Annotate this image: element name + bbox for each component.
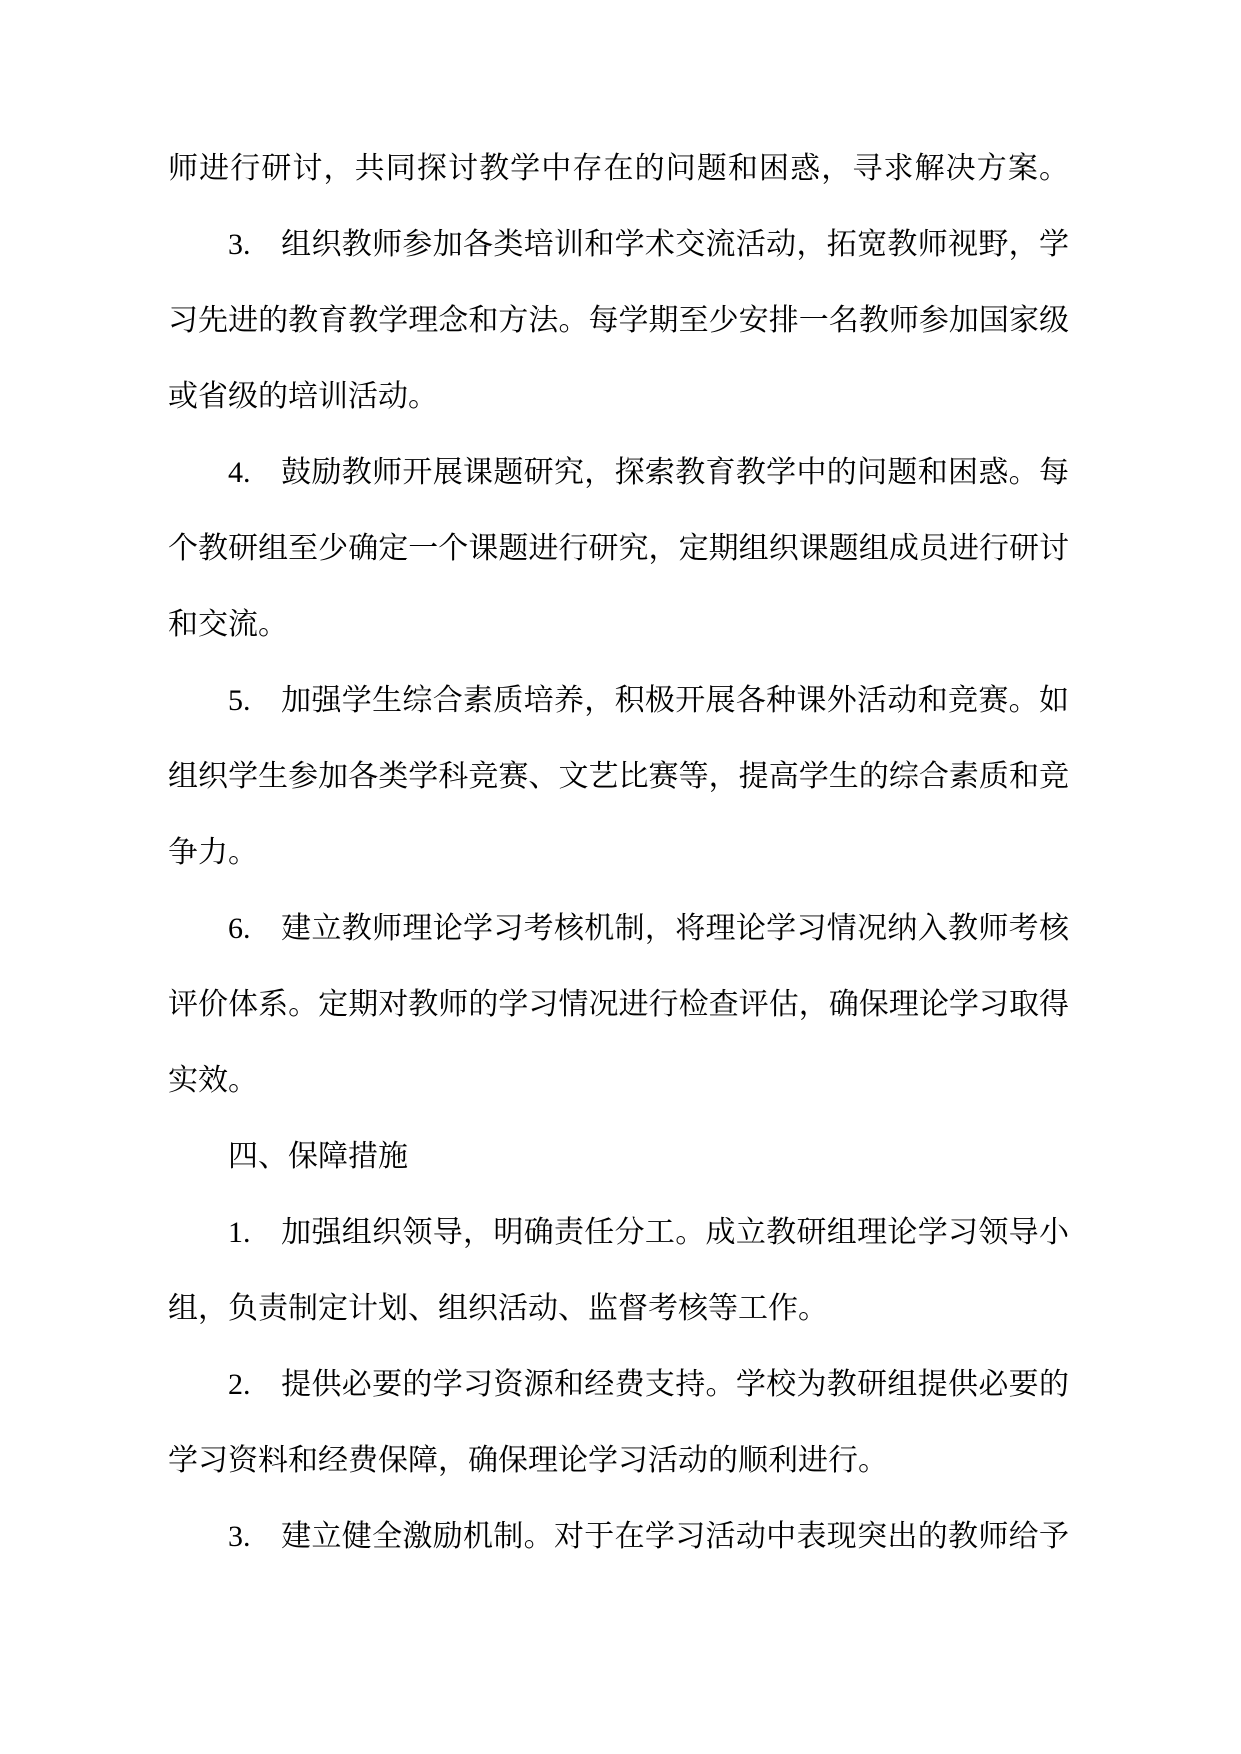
text-line: 3. 组织教师参加各类培训和学术交流活动，拓宽教师视野，学 [168,207,1069,283]
text-line: 组织学生参加各类学科竞赛、文艺比赛等，提高学生的综合素质和竞 [168,739,1069,815]
text-line: 组，负责制定计划、组织活动、监督考核等工作。 [168,1271,1069,1347]
text-line: 2. 提供必要的学习资源和经费支持。学校为教研组提供必要的 [168,1347,1069,1423]
text-line: 实效。 [168,1043,1069,1119]
text-line: 1. 加强组织领导，明确责任分工。成立教研组理论学习领导小 [168,1195,1069,1271]
document-body: 师进行研讨，共同探讨教学中存在的问题和困惑，寻求解决方案。3. 组织教师参加各类… [168,131,1069,1575]
document-page: 师进行研讨，共同探讨教学中存在的问题和困惑，寻求解决方案。3. 组织教师参加各类… [0,0,1241,1754]
text-line: 5. 加强学生综合素质培养，积极开展各种课外活动和竞赛。如 [168,663,1069,739]
text-line: 4. 鼓励教师开展课题研究，探索教育教学中的问题和困惑。每 [168,435,1069,511]
text-line: 3. 建立健全激励机制。对于在学习活动中表现突出的教师给予 [168,1499,1069,1575]
text-line: 习先进的教育教学理念和方法。每学期至少安排一名教师参加国家级 [168,283,1069,359]
text-line: 或省级的培训活动。 [168,359,1069,435]
text-line: 和交流。 [168,587,1069,663]
text-line: 6. 建立教师理论学习考核机制，将理论学习情况纳入教师考核 [168,891,1069,967]
text-line: 师进行研讨，共同探讨教学中存在的问题和困惑，寻求解决方案。 [168,131,1069,207]
text-line: 评价体系。定期对教师的学习情况进行检查评估，确保理论学习取得 [168,967,1069,1043]
text-line: 争力。 [168,815,1069,891]
text-line: 学习资料和经费保障，确保理论学习活动的顺利进行。 [168,1423,1069,1499]
text-line: 四、保障措施 [168,1119,1069,1195]
text-line: 个教研组至少确定一个课题进行研究，定期组织课题组成员进行研讨 [168,511,1069,587]
